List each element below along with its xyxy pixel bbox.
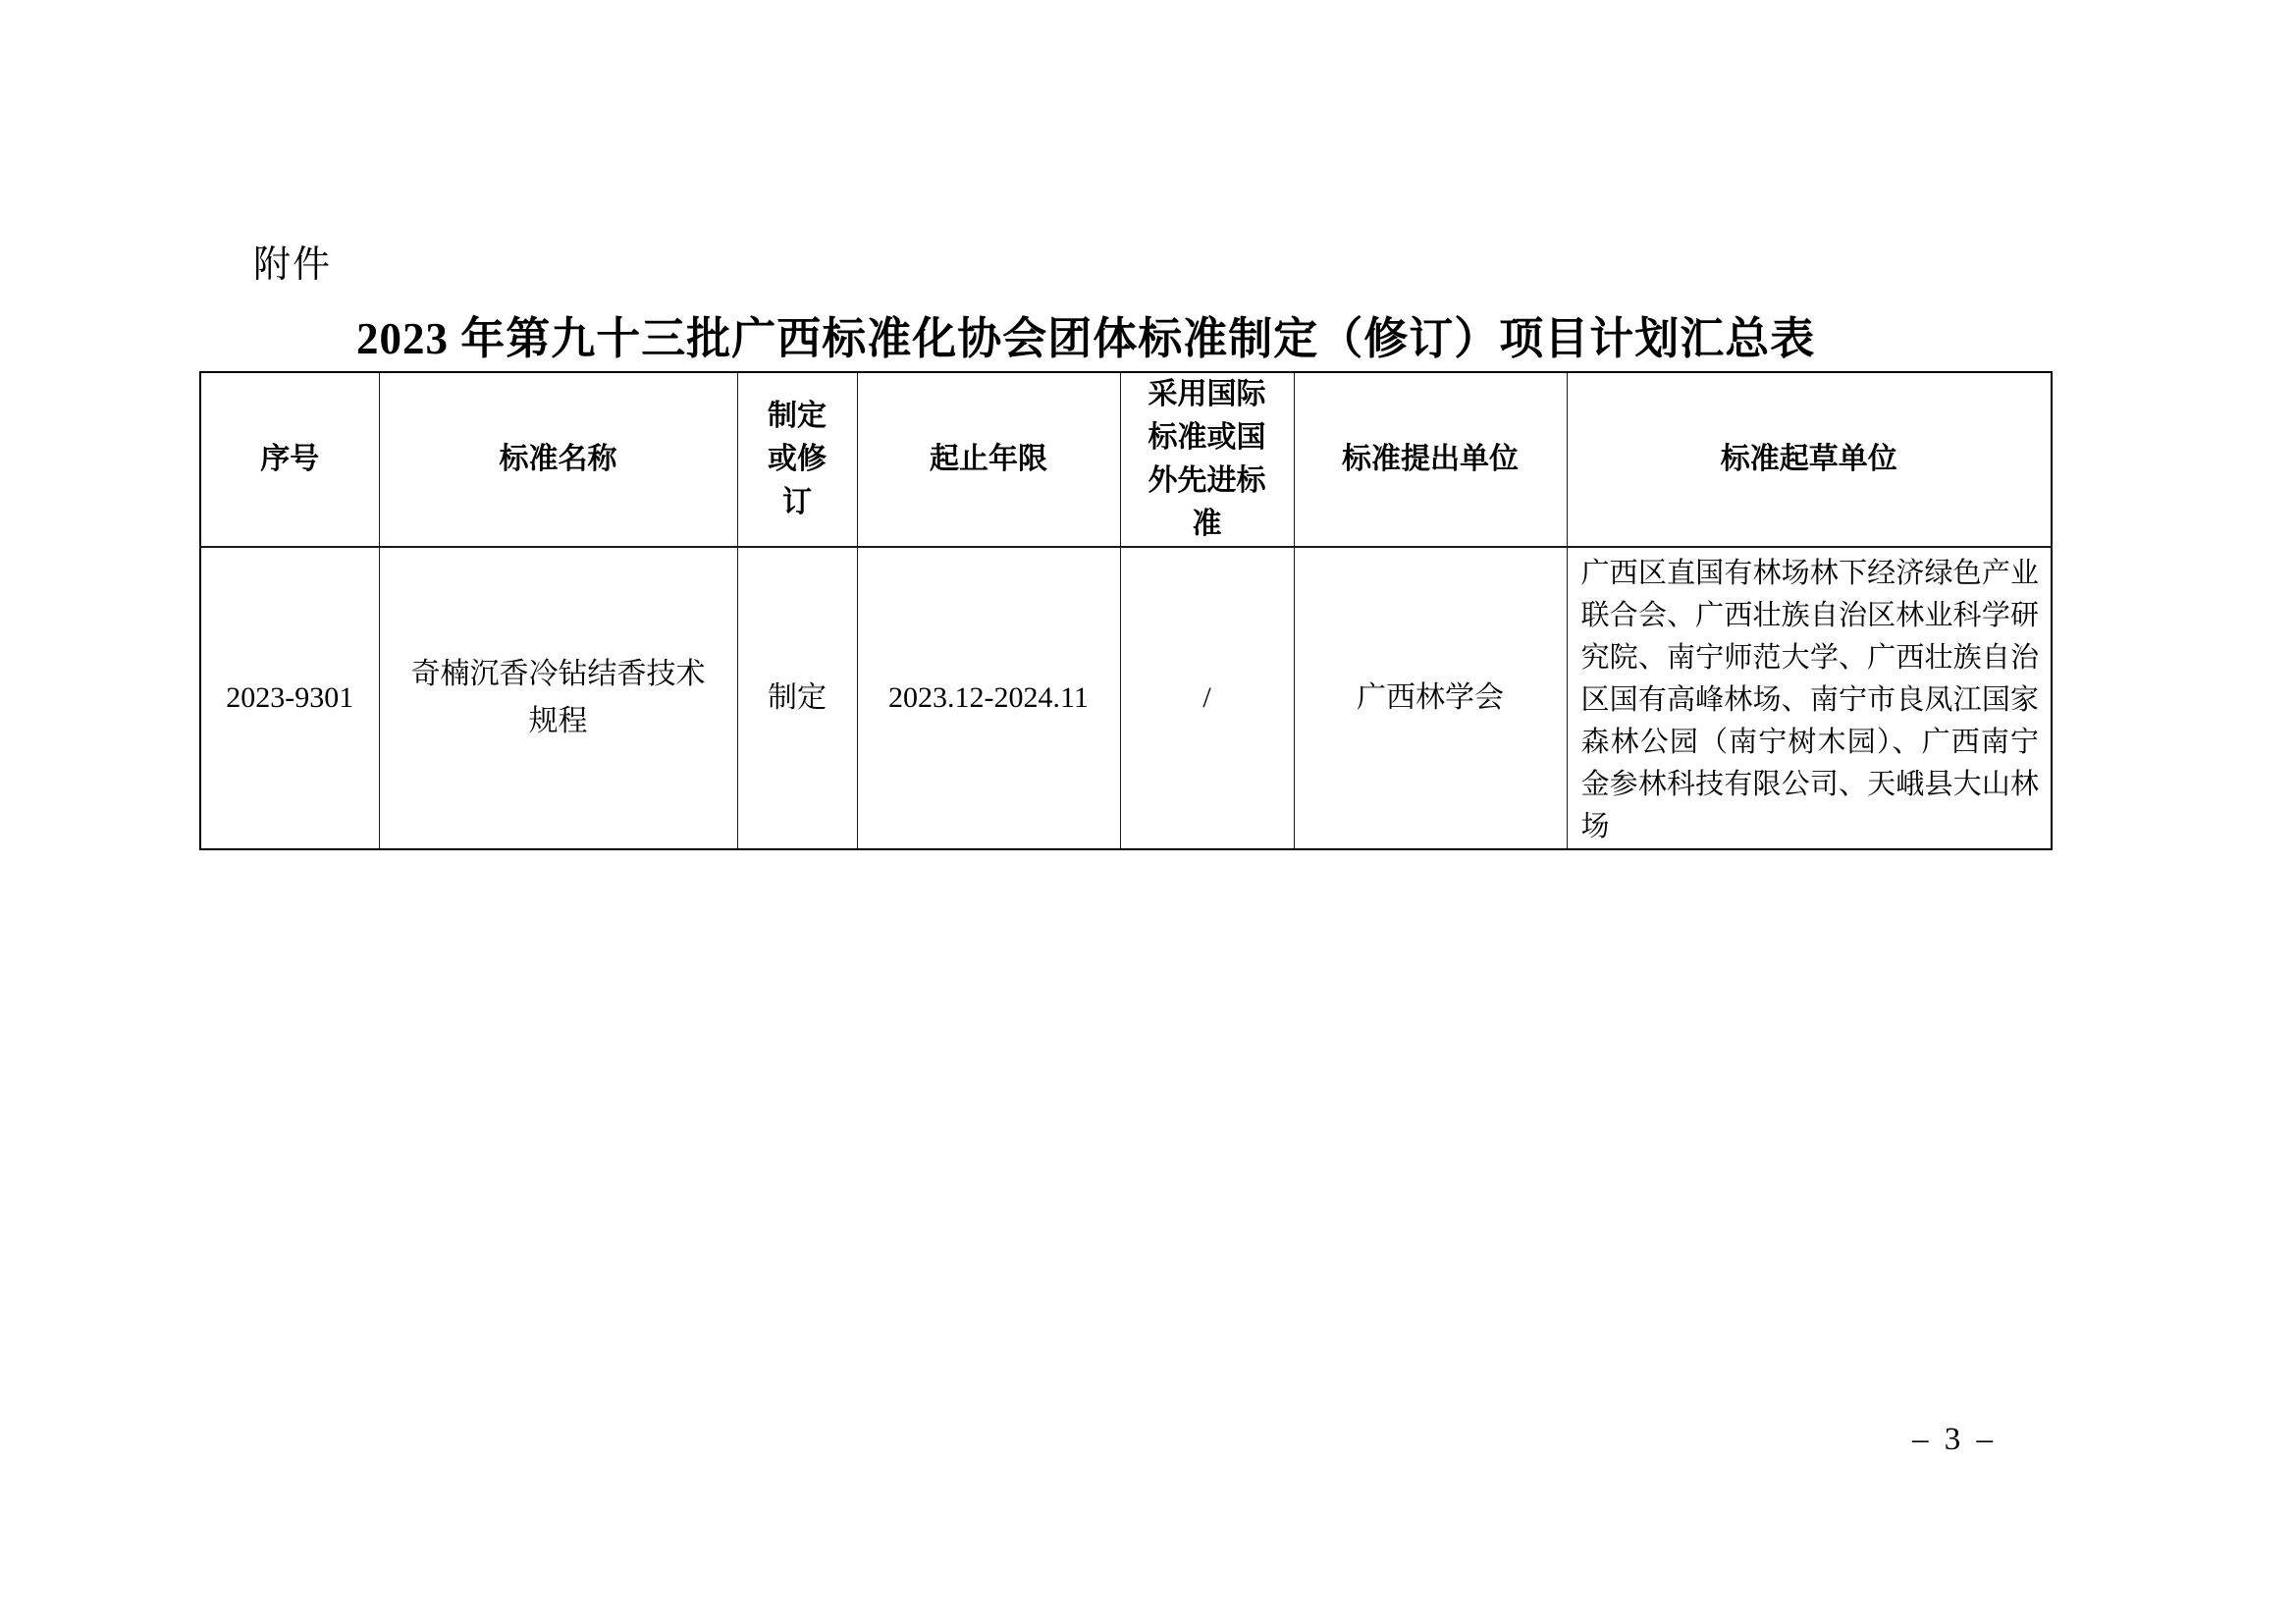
column-header-serial: 序号 — [200, 372, 379, 547]
cell-drafting-unit: 广西区直国有林场林下经济绿色产业联合会、广西壮族自治区林业科学研究院、南宁师范大… — [1567, 547, 2052, 849]
cell-standard-name: 奇楠沉香冷钻结香技术规程 — [379, 547, 737, 849]
cell-serial: 2023-9301 — [200, 547, 379, 849]
table-header: 序号 标准名称 制定或修订 起止年限 采用国际标准或国外先进标准 标准提出单位 … — [200, 372, 2052, 547]
header-row: 序号 标准名称 制定或修订 起止年限 采用国际标准或国外先进标准 标准提出单位 … — [200, 372, 2052, 547]
attachment-label: 附件 — [253, 244, 332, 289]
page-number: – 3 – — [1912, 1422, 1997, 1458]
cell-formulate-or-revise: 制定 — [737, 547, 857, 849]
document-title: 2023 年第九十三批广西标准化协会团体标准制定（修订）项目计划汇总表 — [356, 302, 1815, 366]
cell-international-standard: / — [1120, 547, 1294, 849]
column-header-formulate-or-revise: 制定或修订 — [737, 372, 857, 547]
column-header-standard-name: 标准名称 — [379, 372, 737, 547]
column-header-international-standard: 采用国际标准或国外先进标准 — [1120, 372, 1294, 547]
column-header-period: 起止年限 — [857, 372, 1120, 547]
table-body: 2023-9301 奇楠沉香冷钻结香技术规程 制定 2023.12-2024.1… — [200, 547, 2052, 849]
cell-period: 2023.12-2024.11 — [857, 547, 1120, 849]
table-row: 2023-9301 奇楠沉香冷钻结香技术规程 制定 2023.12-2024.1… — [200, 547, 2052, 849]
cell-proposing-unit: 广西林学会 — [1294, 547, 1567, 849]
standards-plan-table: 序号 标准名称 制定或修订 起止年限 采用国际标准或国外先进标准 标准提出单位 … — [199, 371, 2053, 850]
document-page: 附件 2023 年第九十三批广西标准化协会团体标准制定（修订）项目计划汇总表 序… — [0, 0, 2296, 1624]
column-header-proposing-unit: 标准提出单位 — [1294, 372, 1567, 547]
column-header-drafting-unit: 标准起草单位 — [1567, 372, 2052, 547]
